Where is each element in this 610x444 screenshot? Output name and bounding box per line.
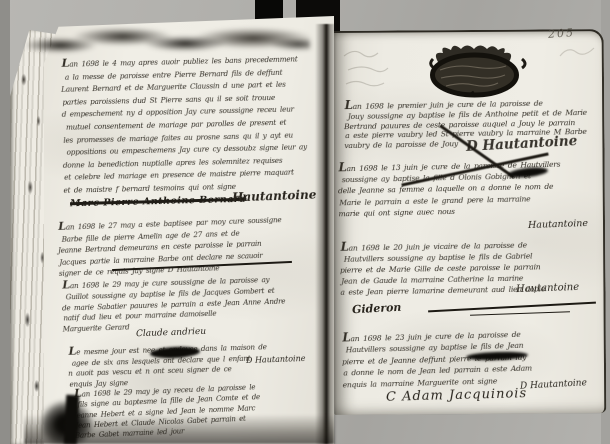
- margin-note: Gideron: [352, 301, 402, 317]
- register-entry: Lan 1698 le 27 may a este baptisee par m…: [57, 213, 283, 280]
- folio-number: 205: [548, 26, 576, 41]
- signature: Hautantoine: [528, 218, 588, 231]
- register-entry: Lan 1698 le 20 juin je vicaire de la par…: [340, 238, 546, 298]
- register-entry: Lan 1698 le 29 may je cure soussigne de …: [61, 274, 286, 336]
- show-through-marks: [338, 42, 430, 94]
- corner-shadow-bar: [64, 395, 80, 444]
- signature: Hautantoine: [516, 282, 579, 295]
- fiscal-stamp-icon: [428, 42, 528, 98]
- register-entry: Lan 1698 le 4 may apres auoir publiez le…: [60, 51, 308, 197]
- signature: Hautantoine: [232, 188, 317, 205]
- book-gutter-shadow: [315, 24, 337, 444]
- show-through-marks: [556, 40, 598, 66]
- manuscript-scan: 205 Lan 1698 le 4 may apres auoir publie…: [0, 0, 610, 444]
- background-edge-left: [0, 0, 10, 444]
